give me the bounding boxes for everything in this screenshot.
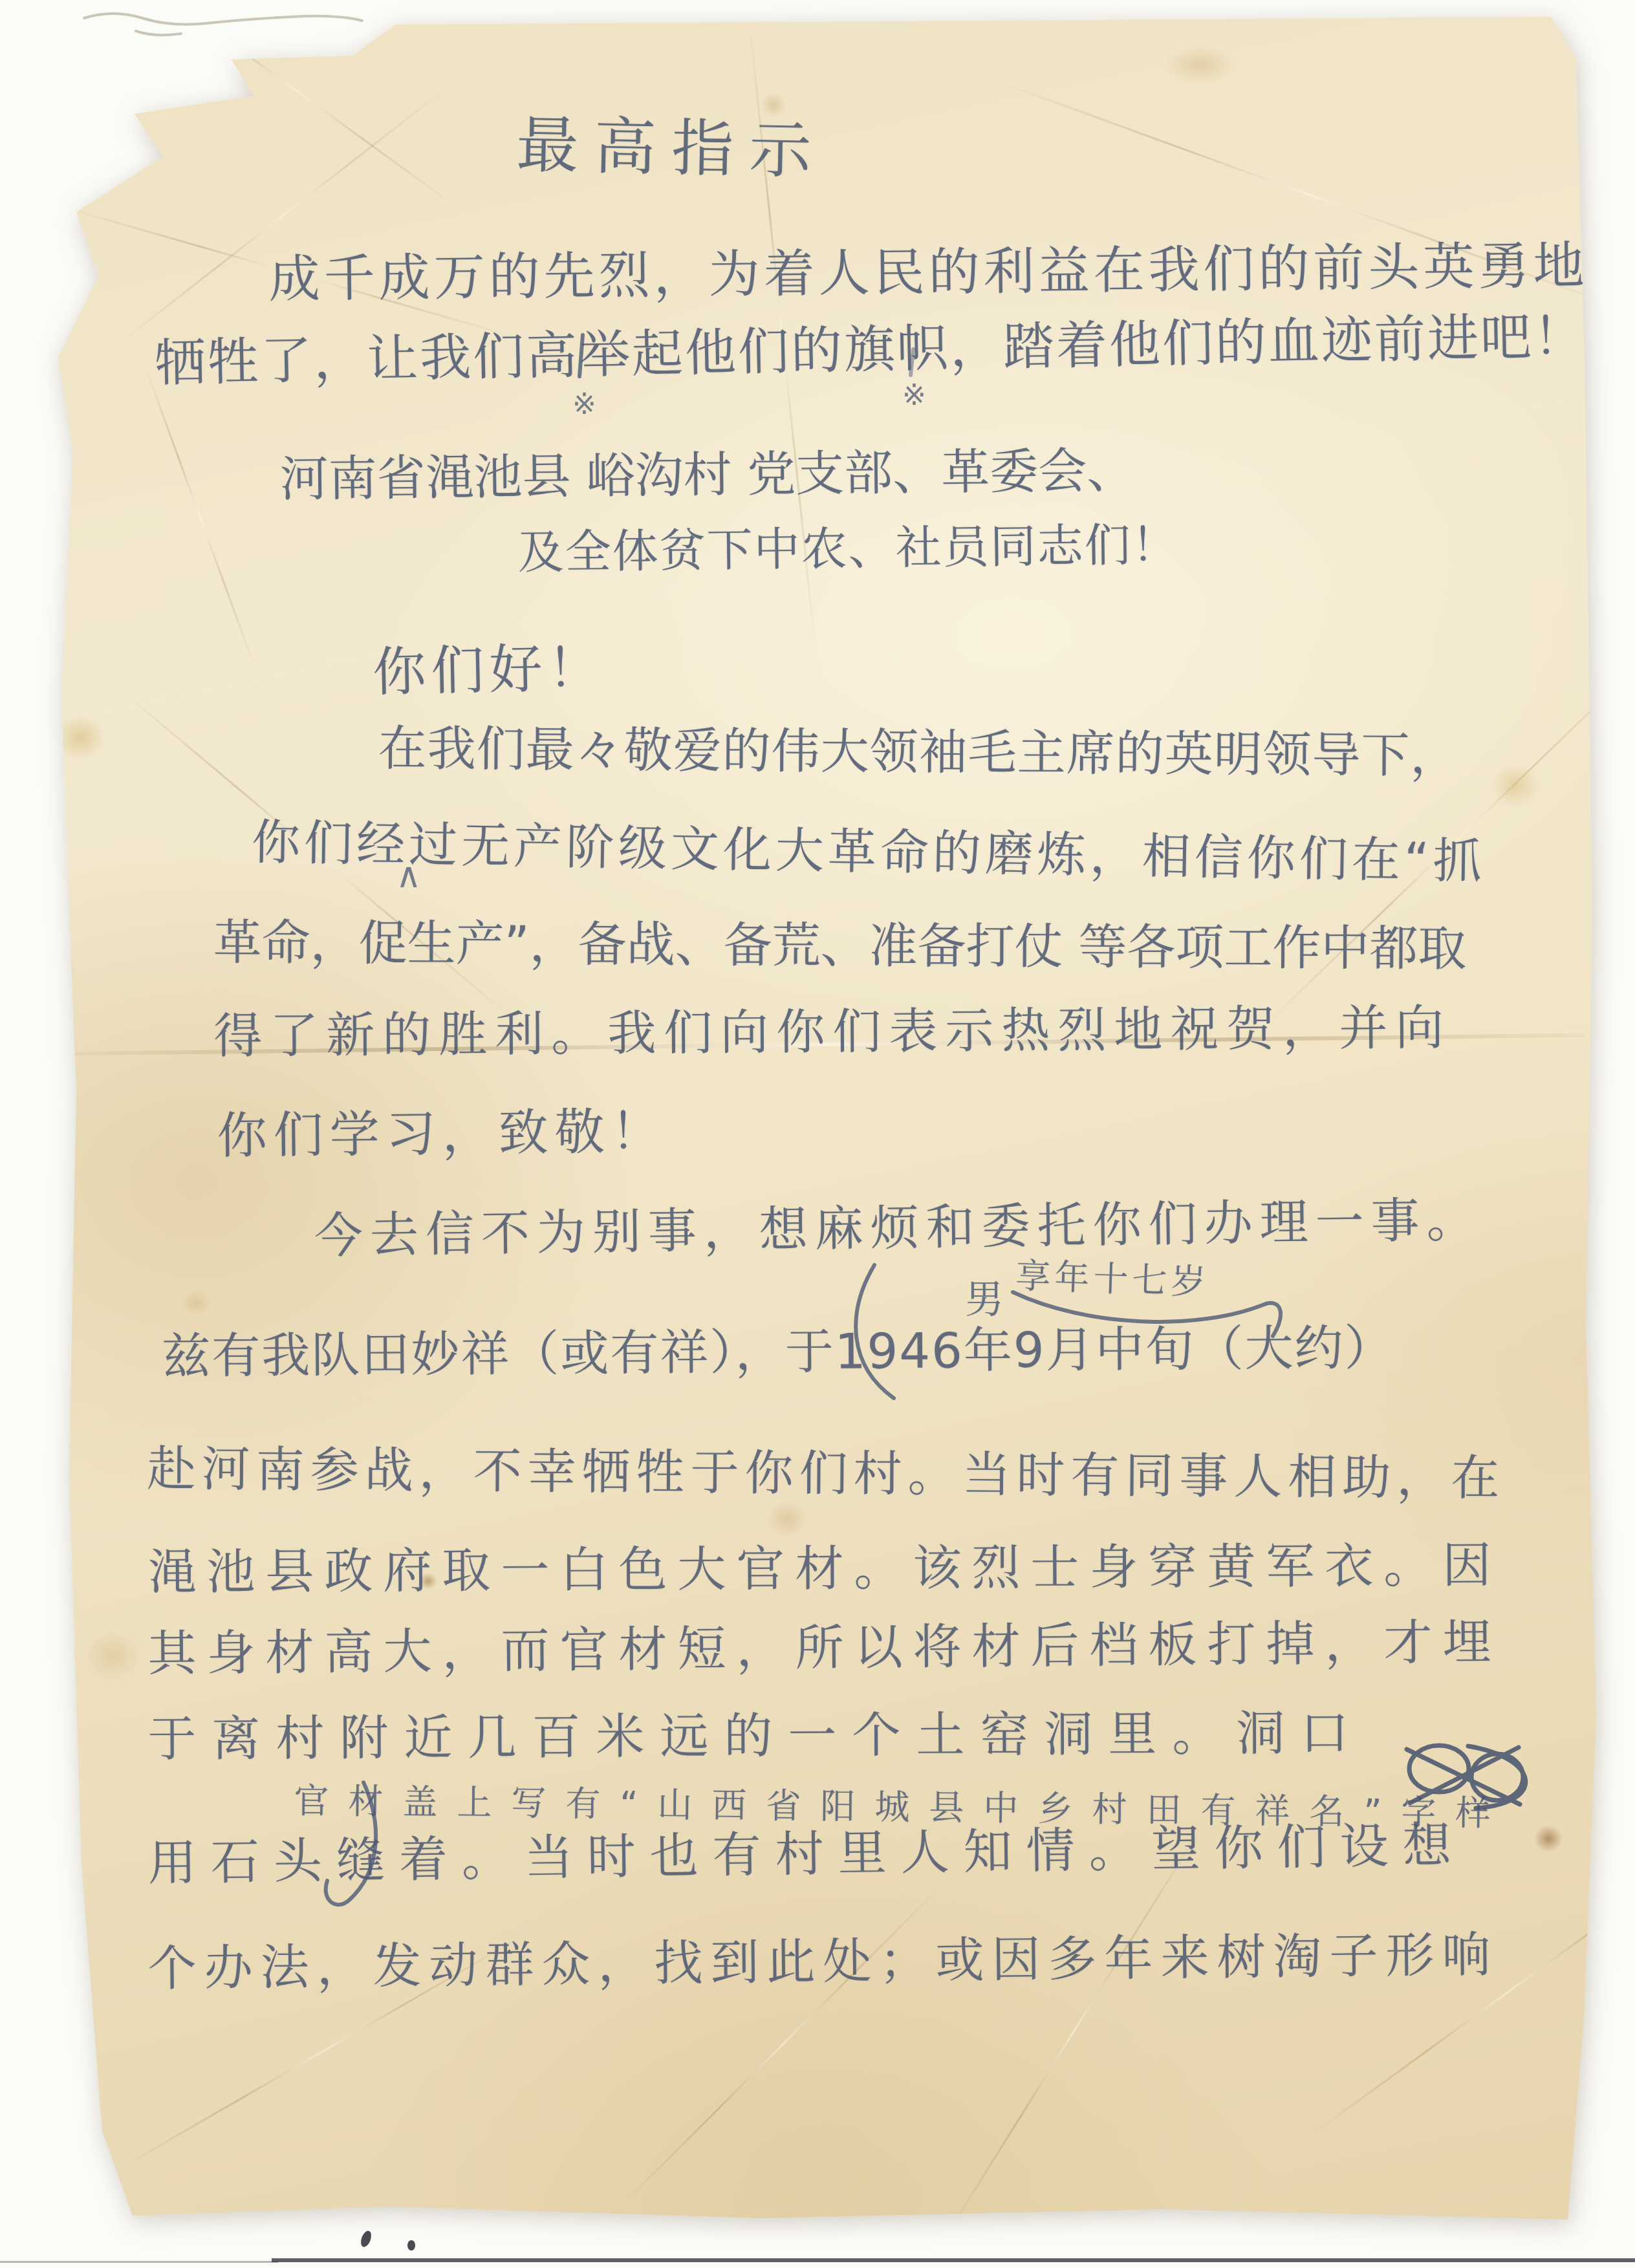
annotation-brace-stroke: [856, 1265, 894, 1398]
scanned-letter-page: { "document_type": "scanned handwritten …: [0, 0, 1635, 2268]
reference-tick-stroke: [911, 349, 913, 375]
annotation-underline-stroke: [1013, 1292, 1281, 1336]
ink-speck: [359, 2229, 415, 2251]
pencil-scribble: [84, 14, 362, 35]
scanner-edge-line: [272, 2258, 1635, 2262]
crossed-out-characters: [1407, 1745, 1526, 1808]
insertion-check-stroke: [326, 1782, 376, 1905]
scanner-edge-line: [0, 2261, 278, 2263]
ink-strokes-overlay: [0, 0, 1635, 2268]
reference-tick-stroke: [579, 335, 583, 376]
